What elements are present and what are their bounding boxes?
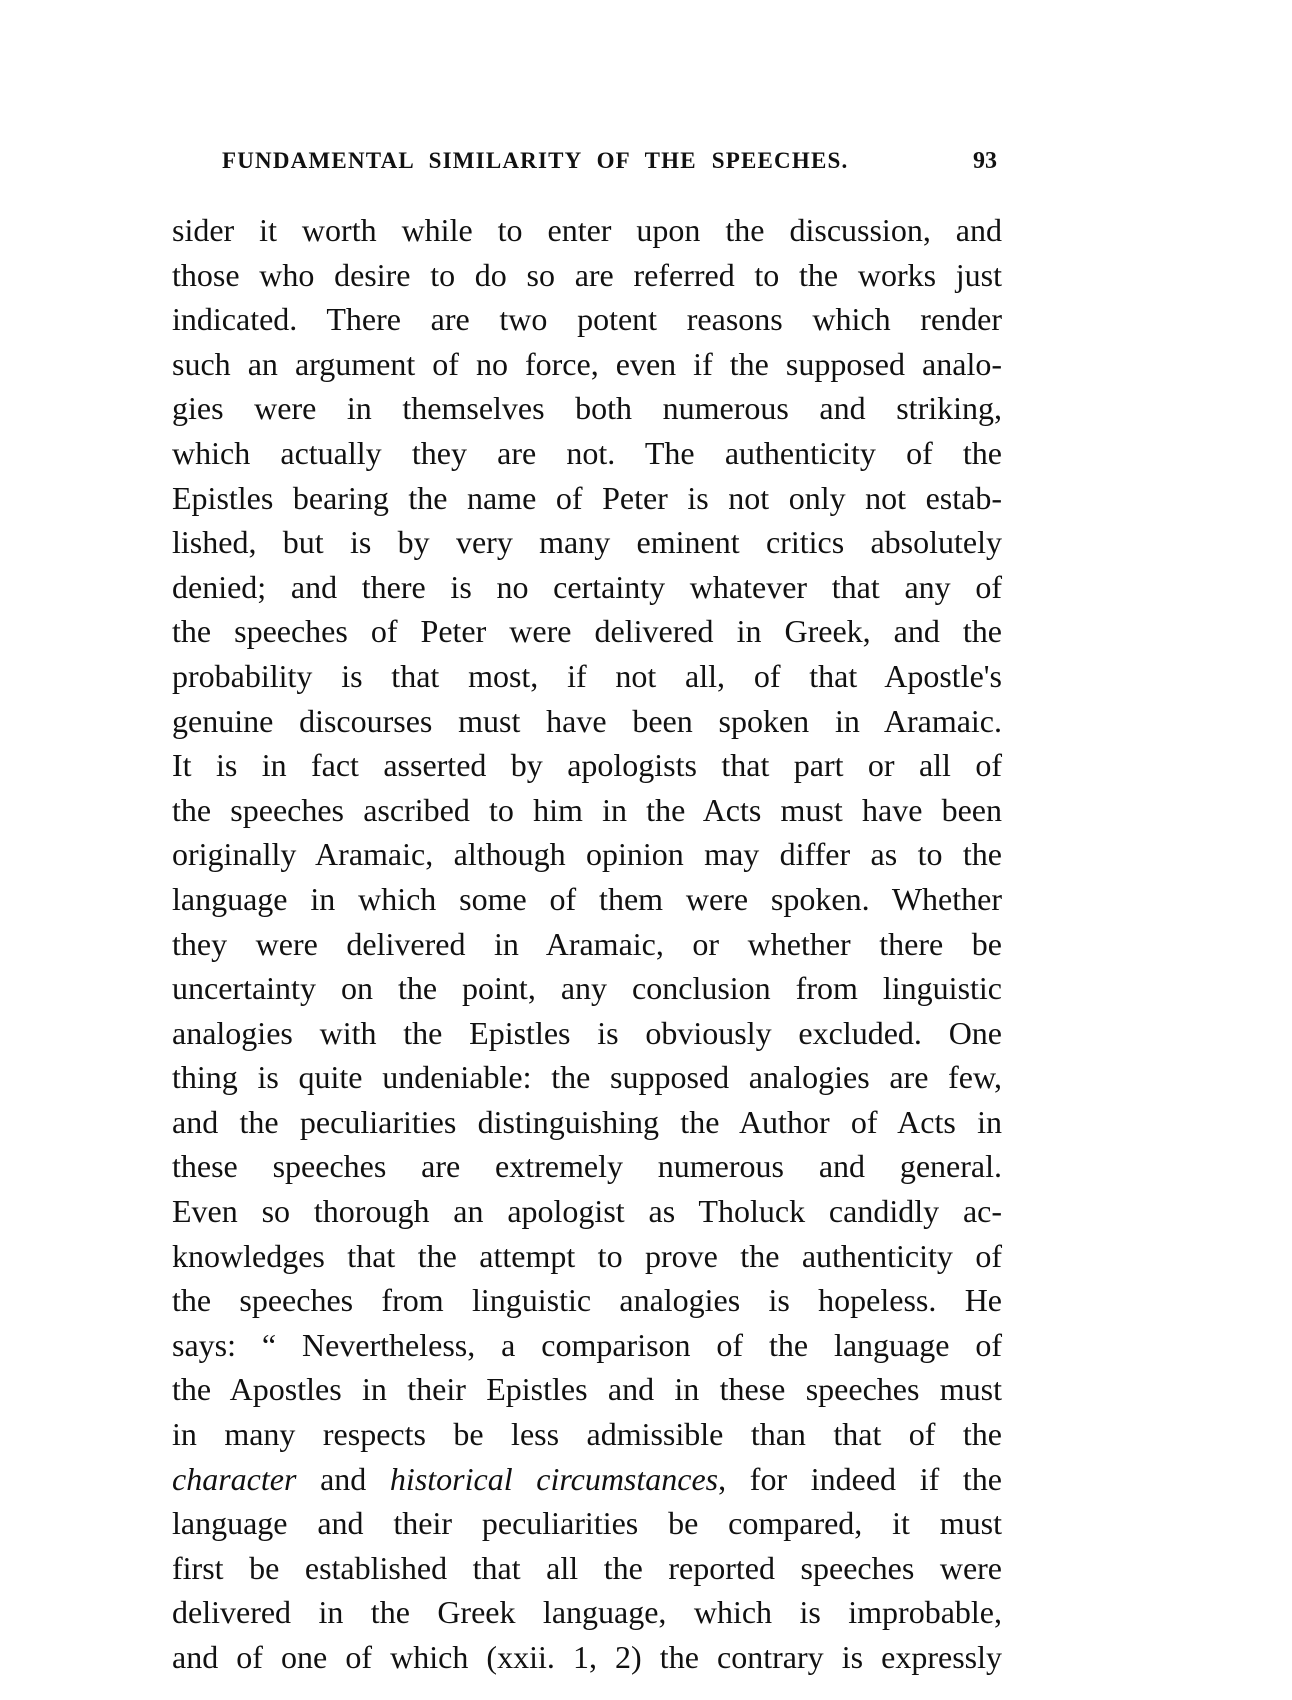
text-line: such an argument of no force, even if th… xyxy=(172,342,1002,387)
page-number: 93 xyxy=(973,148,997,175)
text-line: language and their peculiarities be comp… xyxy=(172,1501,1002,1546)
body-text: sider it worth while to enter upon the d… xyxy=(172,208,1002,1680)
text-line: sider it worth while to enter upon the d… xyxy=(172,208,1002,253)
text-line: in many respects be less admissible than… xyxy=(172,1412,1002,1457)
text-line: those who desire to do so are referred t… xyxy=(172,253,1002,298)
text-line: Epistles bearing the name of Peter is no… xyxy=(172,476,1002,521)
text-line: thing is quite undeniable: the supposed … xyxy=(172,1055,1002,1100)
running-title: FUNDAMENTAL SIMILARITY OF THE SPEECHES. xyxy=(222,148,848,174)
text-line: gies were in themselves both numerous an… xyxy=(172,386,1002,431)
text-line: they were delivered in Aramaic, or wheth… xyxy=(172,922,1002,967)
text-line: which actually they are not. The authent… xyxy=(172,431,1002,476)
text-line: and the peculiarities distinguishing the… xyxy=(172,1100,1002,1145)
text-line: denied; and there is no certainty whatev… xyxy=(172,565,1002,610)
text-line: indicated. There are two potent reasons … xyxy=(172,297,1002,342)
text-line: originally Aramaic, although opinion may… xyxy=(172,832,1002,877)
text-line: lished, but is by very many eminent crit… xyxy=(172,520,1002,565)
text-line: first be established that all the report… xyxy=(172,1546,1002,1591)
text-line: says: “ Nevertheless, a comparison of th… xyxy=(172,1323,1002,1368)
text-line: the speeches ascribed to him in the Acts… xyxy=(172,788,1002,833)
text-line: knowledges that the attempt to prove the… xyxy=(172,1234,1002,1279)
text-line: and of one of which (xxii. 1, 2) the con… xyxy=(172,1635,1002,1680)
text-line-with-italics: character and historical circumstances, … xyxy=(172,1457,1002,1502)
book-page: FUNDAMENTAL SIMILARITY OF THE SPEECHES. … xyxy=(0,0,1292,1700)
text-line: Even so thorough an apologist as Tholuck… xyxy=(172,1189,1002,1234)
text-line: analogies with the Epistles is obviously… xyxy=(172,1011,1002,1056)
text-line: these speeches are extremely numerous an… xyxy=(172,1144,1002,1189)
text-fragment: , for indeed if the xyxy=(718,1461,1002,1497)
text-line: the speeches of Peter were delivered in … xyxy=(172,609,1002,654)
text-fragment: and xyxy=(296,1461,390,1497)
text-line: delivered in the Greek language, which i… xyxy=(172,1590,1002,1635)
italic-term: historical circumstances xyxy=(390,1461,718,1497)
running-head: FUNDAMENTAL SIMILARITY OF THE SPEECHES. … xyxy=(222,146,997,176)
text-line: genuine discourses must have been spoken… xyxy=(172,699,1002,744)
text-line: the Apostles in their Epistles and in th… xyxy=(172,1367,1002,1412)
text-line: the speeches from linguistic analogies i… xyxy=(172,1278,1002,1323)
text-line: language in which some of them were spok… xyxy=(172,877,1002,922)
italic-term: character xyxy=(172,1461,296,1497)
text-line: It is in fact asserted by apologists tha… xyxy=(172,743,1002,788)
text-line: uncertainty on the point, any conclusion… xyxy=(172,966,1002,1011)
text-line: probability is that most, if not all, of… xyxy=(172,654,1002,699)
